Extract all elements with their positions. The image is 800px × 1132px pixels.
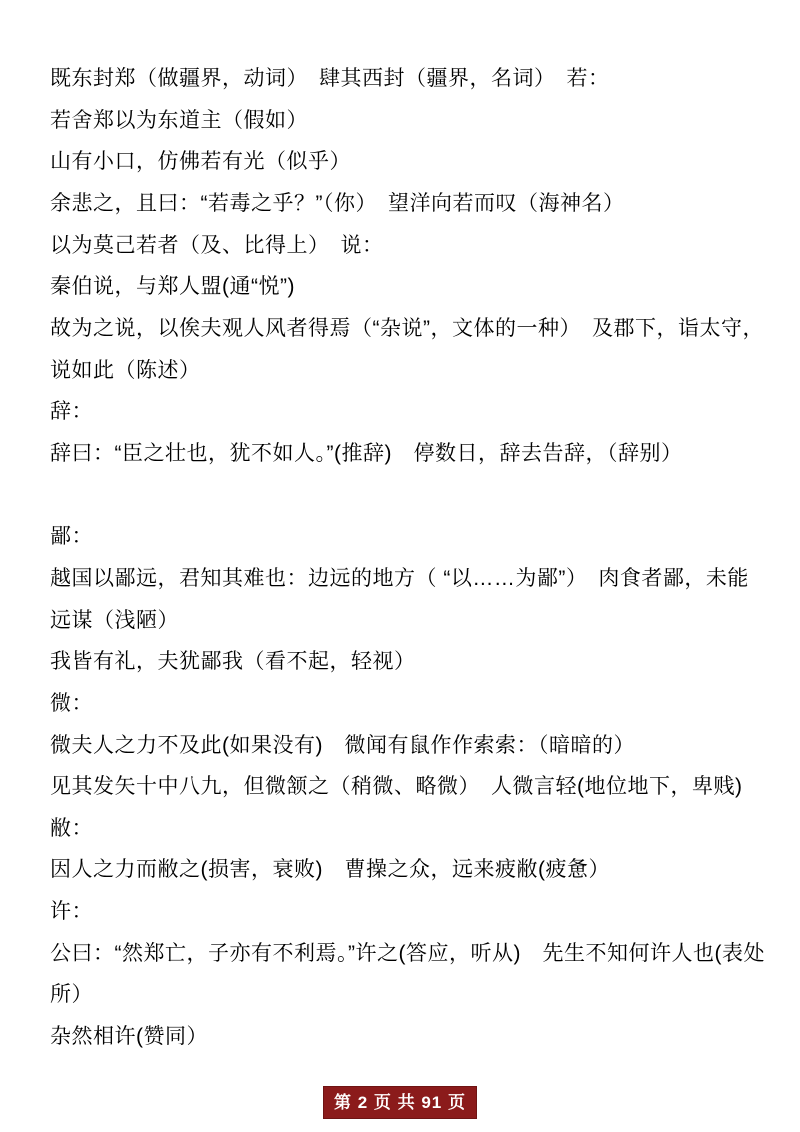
document-page: 既东封郑（做疆界，动词） 肆其西封（疆界，名词） 若：若舍郑以为东道主（假如）山…: [0, 0, 800, 1132]
text-line: 越国以鄙远，君知其难也：边远的地方（ “以……为鄙”） 肉食者鄙，未能: [50, 558, 762, 600]
text-line: 敝：: [50, 808, 762, 850]
text-line: 我皆有礼，夫犹鄙我（看不起，轻视）: [50, 641, 762, 683]
page-footer: 第 2 页 共 91 页: [0, 1086, 800, 1119]
text-line: 秦伯说，与郑人盟(通“悦”): [50, 266, 762, 308]
text-line: 远谋（浅陋）: [50, 600, 762, 642]
text-line: 因人之力而敝之(损害，衰败) 曹操之众，远来疲敝(疲惫）: [50, 849, 762, 891]
text-line: 微夫人之力不及此(如果没有) 微闻有鼠作作索索：（暗暗的）: [50, 725, 762, 767]
text-line: 余悲之，且曰：“若毒之乎？”（你） 望洋向若而叹（海神名）: [50, 183, 762, 225]
text-line: 微：: [50, 683, 762, 725]
text-line: 山有小口，仿佛若有光（似乎）: [50, 141, 762, 183]
text-line: 公曰：“然郑亡，子亦有不利焉。”许之(答应，听从) 先生不知何许人也(表处: [50, 933, 762, 975]
text-line: 说如此（陈述）: [50, 350, 762, 392]
text-line: 以为莫己若者（及、比得上） 说：: [50, 225, 762, 267]
text-line: 许：: [50, 891, 762, 933]
text-line: [50, 475, 762, 517]
text-line: 所）: [50, 974, 762, 1016]
text-line: 故为之说，以俟夫观人风者得焉（“杂说”，文体的一种） 及郡下，诣太守，: [50, 308, 762, 350]
text-line: 辞曰：“臣之壮也，犹不如人。”(推辞) 停数日，辞去告辞，（辞别）: [50, 433, 762, 475]
page-number-badge: 第 2 页 共 91 页: [323, 1086, 477, 1119]
text-line: 鄙：: [50, 516, 762, 558]
document-body: 既东封郑（做疆界，动词） 肆其西封（疆界，名词） 若：若舍郑以为东道主（假如）山…: [50, 58, 762, 1058]
text-line: 杂然相许(赞同）: [50, 1016, 762, 1058]
text-line: 若舍郑以为东道主（假如）: [50, 100, 762, 142]
text-line: 既东封郑（做疆界，动词） 肆其西封（疆界，名词） 若：: [50, 58, 762, 100]
text-line: 见其发矢十中八九，但微颔之（稍微、略微） 人微言轻(地位地下，卑贱): [50, 766, 762, 808]
text-line: 辞：: [50, 391, 762, 433]
